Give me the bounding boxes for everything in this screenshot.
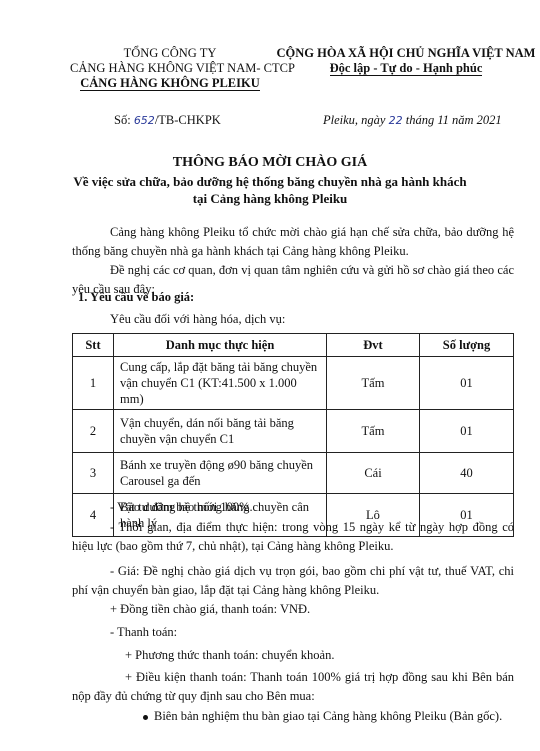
issuer-line-1: TỔNG CÔNG TY: [70, 46, 270, 61]
document-title: THÔNG BÁO MỜI CHÀO GIÁ: [0, 155, 540, 171]
condition-currency: + Đồng tiền chào giá, thanh toán: VNĐ.: [110, 602, 310, 617]
handwritten-day: 22: [389, 114, 403, 127]
requirements-label: Yêu cầu đối với hàng hóa, dịch vụ:: [110, 312, 285, 327]
national-motto-block: CỘNG HÒA XÃ HỘI CHỦ NGHĨA VIỆT NAM Độc l…: [272, 46, 540, 76]
table-header-row: Stt Danh mục thực hiện Đvt Số lượng: [73, 334, 514, 357]
table-row: 2 Vận chuyển, dán nối băng tải băng chuy…: [73, 410, 514, 453]
header-item: Danh mục thực hiện: [114, 334, 327, 357]
table-row: 1 Cung cấp, lắp đặt băng tải băng chuyền…: [73, 357, 514, 410]
motto: Độc lập - Tự do - Hạnh phúc: [330, 62, 483, 76]
document-number: Số: 652/TB-CHKPK: [114, 113, 221, 128]
condition-payment-method: + Phương thức thanh toán: chuyển khoản.: [125, 648, 334, 663]
document-page: TỔNG CÔNG TY CẢNG HÀNG KHÔNG VIỆT NAM- C…: [0, 0, 540, 751]
section-1-heading: 1. Yêu cầu về báo giá:: [78, 290, 194, 305]
country-name: CỘNG HÒA XÃ HỘI CHỦ NGHĨA VIỆT NAM: [272, 46, 540, 61]
header-unit: Đvt: [327, 334, 420, 357]
condition-time-place: - Thời gian, địa điểm thực hiện: trong v…: [72, 518, 514, 556]
condition-payment-terms: + Điều kiện thanh toán: Thanh toán 100% …: [72, 668, 514, 706]
condition-new-materials: - Vật tư đảm bảo mới 100%.: [110, 500, 253, 515]
document-subtitle-1: Về việc sửa chữa, bảo dưỡng hệ thống băn…: [0, 173, 540, 190]
bullet-item: Biên bản nghiệm thu bàn giao tại Cảng hà…: [143, 709, 502, 724]
intro-paragraph: Cảng hàng không Pleiku tổ chức mời chào …: [72, 223, 514, 261]
place-date: Pleiku, ngày 22 tháng 11 năm 2021: [323, 113, 502, 128]
document-subtitle-2: tại Cảng hàng không Pleiku: [0, 190, 540, 207]
handwritten-number: 652: [134, 114, 155, 127]
issuer-block: TỔNG CÔNG TY CẢNG HÀNG KHÔNG VIỆT NAM- C…: [70, 46, 270, 91]
condition-price: - Giá: Đề nghị chào giá dịch vụ trọn gói…: [72, 562, 514, 600]
header-stt: Stt: [73, 334, 114, 357]
issuer-line-3: CẢNG HÀNG KHÔNG PLEIKU: [80, 77, 260, 91]
issuer-line-2: CẢNG HÀNG KHÔNG VIỆT NAM- CTCP: [70, 61, 270, 76]
condition-payment-heading: - Thanh toán:: [110, 625, 177, 640]
header-qty: Số lượng: [420, 334, 514, 357]
table-row: 3 Bánh xe truyền động ø90 băng chuyền Ca…: [73, 453, 514, 494]
bullet-icon: [143, 715, 148, 720]
